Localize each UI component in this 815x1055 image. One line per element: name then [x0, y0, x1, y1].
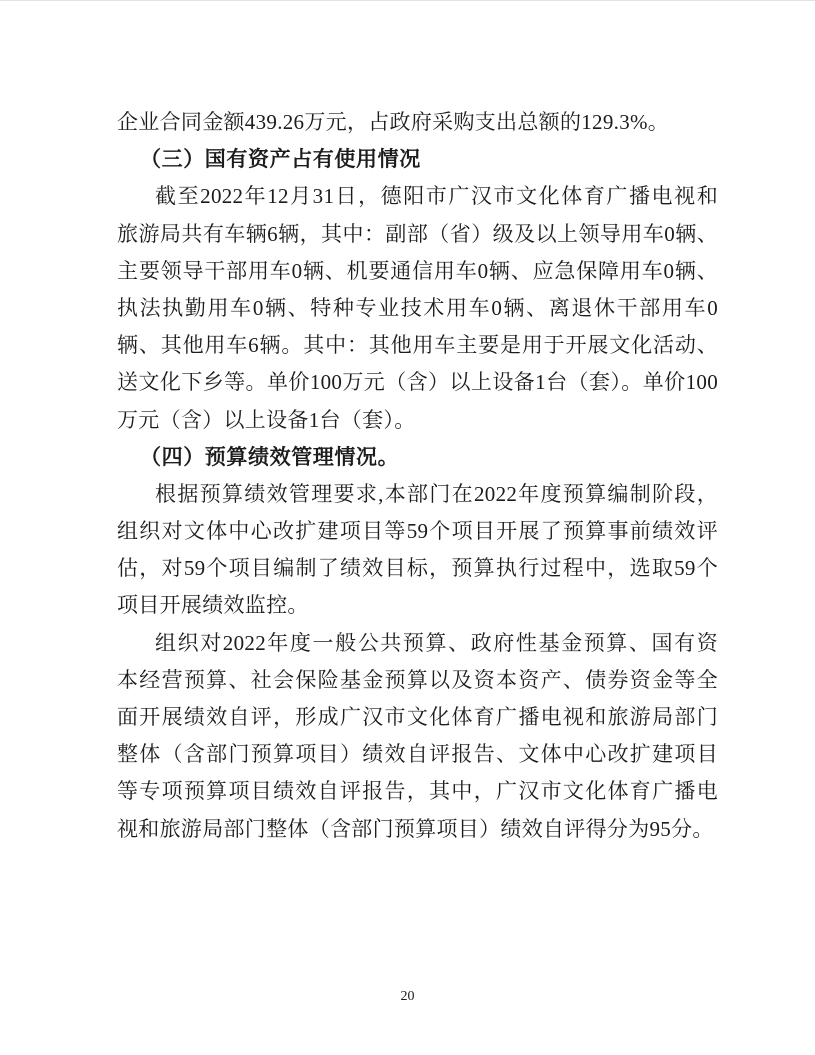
section-heading-4: （四）预算绩效管理情况。 — [117, 439, 718, 476]
section-heading-3: （三）国有资产占有使用情况 — [117, 141, 718, 178]
body-line: 组织对文体中心改扩建项目等59个项目开展了预算事前绩效评 — [117, 513, 718, 550]
body-line: 旅游局共有车辆6辆，其中：副部（省）级及以上领导用车0辆、 — [117, 216, 718, 253]
document-page: 企业合同金额439.26万元，占政府采购支出总额的129.3%。 （三）国有资产… — [0, 0, 815, 1055]
body-line: 本经营预算、社会保险基金预算以及资本资产、债券资金等全 — [117, 662, 718, 699]
body-line: 辆、其他用车6辆。其中：其他用车主要是用于开展文化活动、 — [117, 327, 718, 364]
body-line: 主要领导干部用车0辆、机要通信用车0辆、应急保障用车0辆、 — [117, 253, 718, 290]
body-line: 截至2022年12月31日，德阳市广汉市文化体育广播电视和 — [117, 178, 718, 215]
body-line: 面开展绩效自评，形成广汉市文化体育广播电视和旅游局部门 — [117, 699, 718, 736]
body-line: 企业合同金额439.26万元，占政府采购支出总额的129.3%。 — [117, 104, 718, 141]
body-line: 项目开展绩效监控。 — [117, 587, 718, 624]
body-line: 组织对2022年度一般公共预算、政府性基金预算、国有资 — [117, 625, 718, 662]
body-line: 等专项预算项目绩效自评报告，其中，广汉市文化体育广播电 — [117, 773, 718, 810]
body-line: 视和旅游局部门整体（含部门预算项目）绩效自评得分为95分。 — [117, 811, 718, 848]
body-line: 整体（含部门预算项目）绩效自评报告、文体中心改扩建项目 — [117, 736, 718, 773]
body-line: 执法执勤用车0辆、特种专业技术用车0辆、离退休干部用车0 — [117, 290, 718, 327]
body-line: 根据预算绩效管理要求,本部门在2022年度预算编制阶段， — [117, 476, 718, 513]
body-line: 万元（含）以上设备1台（套）。 — [117, 402, 718, 439]
body-line: 估，对59个项目编制了绩效目标，预算执行过程中，选取59个 — [117, 550, 718, 587]
page-number: 20 — [0, 989, 815, 1005]
body-line: 送文化下乡等。单价100万元（含）以上设备1台（套）。单价100 — [117, 364, 718, 401]
document-body: 企业合同金额439.26万元，占政府采购支出总额的129.3%。 （三）国有资产… — [117, 104, 718, 848]
